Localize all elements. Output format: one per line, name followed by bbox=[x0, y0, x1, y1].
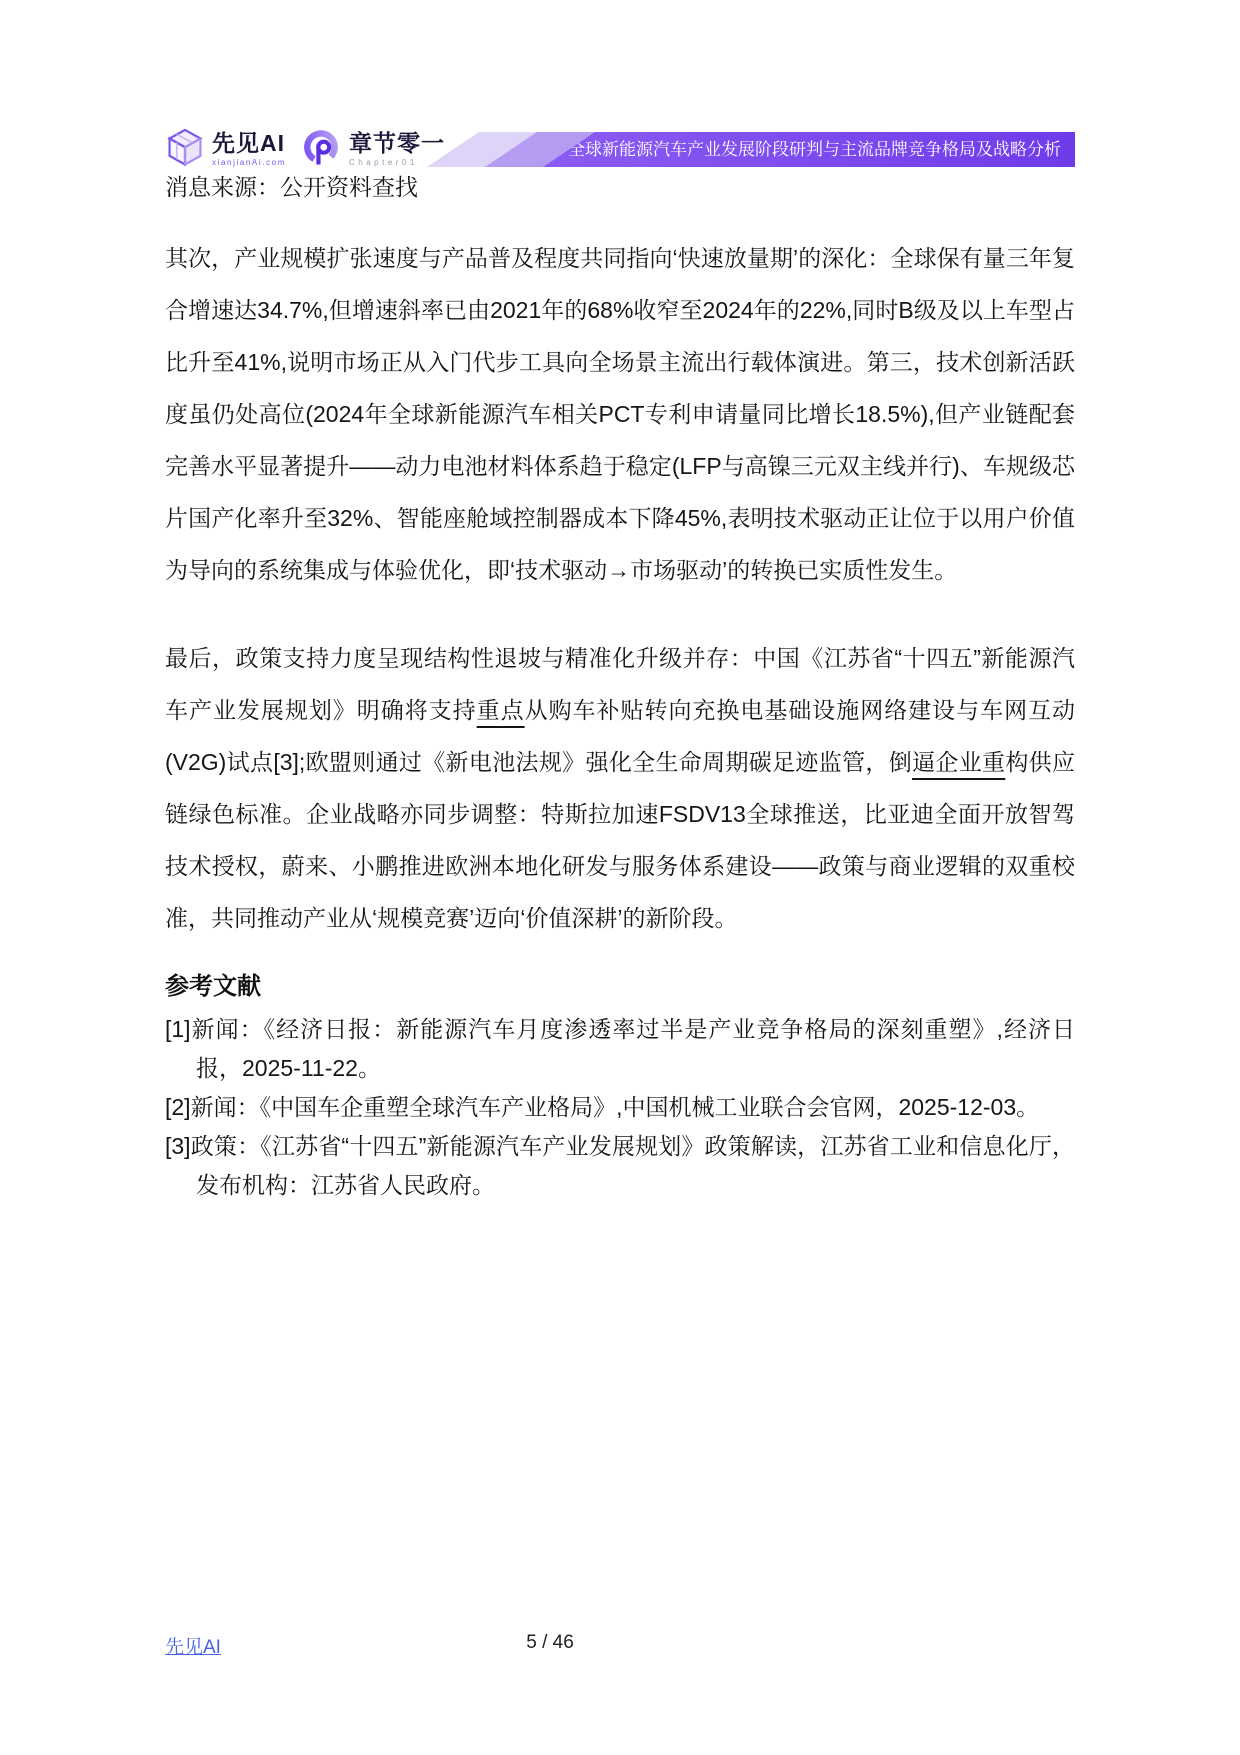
brand-xianjian-domain: xianjianAi.com bbox=[212, 158, 286, 167]
underlined-term: 逼企业重 bbox=[912, 749, 1005, 775]
underlined-term: 重点 bbox=[477, 697, 525, 723]
paragraph-2: 最后，政策支持力度呈现结构性退坡与精准化升级并存：中国《江苏省“十四五”新能源汽… bbox=[165, 632, 1075, 944]
page-header: 先见AI xianjianAi.com bbox=[165, 126, 1075, 172]
references-heading: 参考文献 bbox=[165, 970, 1075, 1004]
banner-title: 全球新能源汽车产业发展阶段研判与主流品牌竞争格局及战略分析 bbox=[568, 140, 1061, 159]
paragraph-2-segment: 构供应链绿色标准。企业战略亦同步调整：特斯拉加速FSDV13全球推送，比亚迪全面… bbox=[165, 749, 1075, 931]
reference-item: [1]新闻：《经济日报：新能源汽车月度渗透率过半是产业竞争格局的深刻重塑》,经济… bbox=[165, 1010, 1075, 1088]
xianjian-cube-logo-icon bbox=[165, 127, 205, 171]
footer-brand-link[interactable]: 先见AI bbox=[165, 1632, 221, 1659]
reference-item: [3]政策：《江苏省“十四五”新能源汽车产业发展规划》政策解读，江苏省工业和信息… bbox=[165, 1127, 1075, 1205]
page-footer: 先见AI 5 / 46 bbox=[0, 1632, 1100, 1660]
title-banner: 全球新能源汽车产业发展阶段研判与主流品牌竞争格局及战略分析 bbox=[427, 132, 1075, 167]
brand-xianjian: 先见AI xianjianAi.com bbox=[165, 127, 286, 171]
banner-bar: 全球新能源汽车产业发展阶段研判与主流品牌竞争格局及战略分析 bbox=[543, 132, 1075, 167]
brand-xianjian-name: 先见AI bbox=[212, 131, 286, 155]
reference-item: [2]新闻：《中国车企重塑全球汽车产业格局》,中国机械工业联合会官网，2025-… bbox=[165, 1088, 1075, 1127]
chapter01-cp-logo-icon bbox=[300, 128, 342, 170]
paragraph-1: 其次，产业规模扩张速度与产品普及程度共同指向‘快速放量期’的深化：全球保有量三年… bbox=[165, 232, 1075, 596]
source-line: 消息来源：公开资料查找 bbox=[165, 172, 1075, 202]
brand-chapter01: 章节零一 Chapter01 bbox=[300, 128, 445, 170]
report-page: 先见AI xianjianAi.com bbox=[0, 0, 1240, 1755]
